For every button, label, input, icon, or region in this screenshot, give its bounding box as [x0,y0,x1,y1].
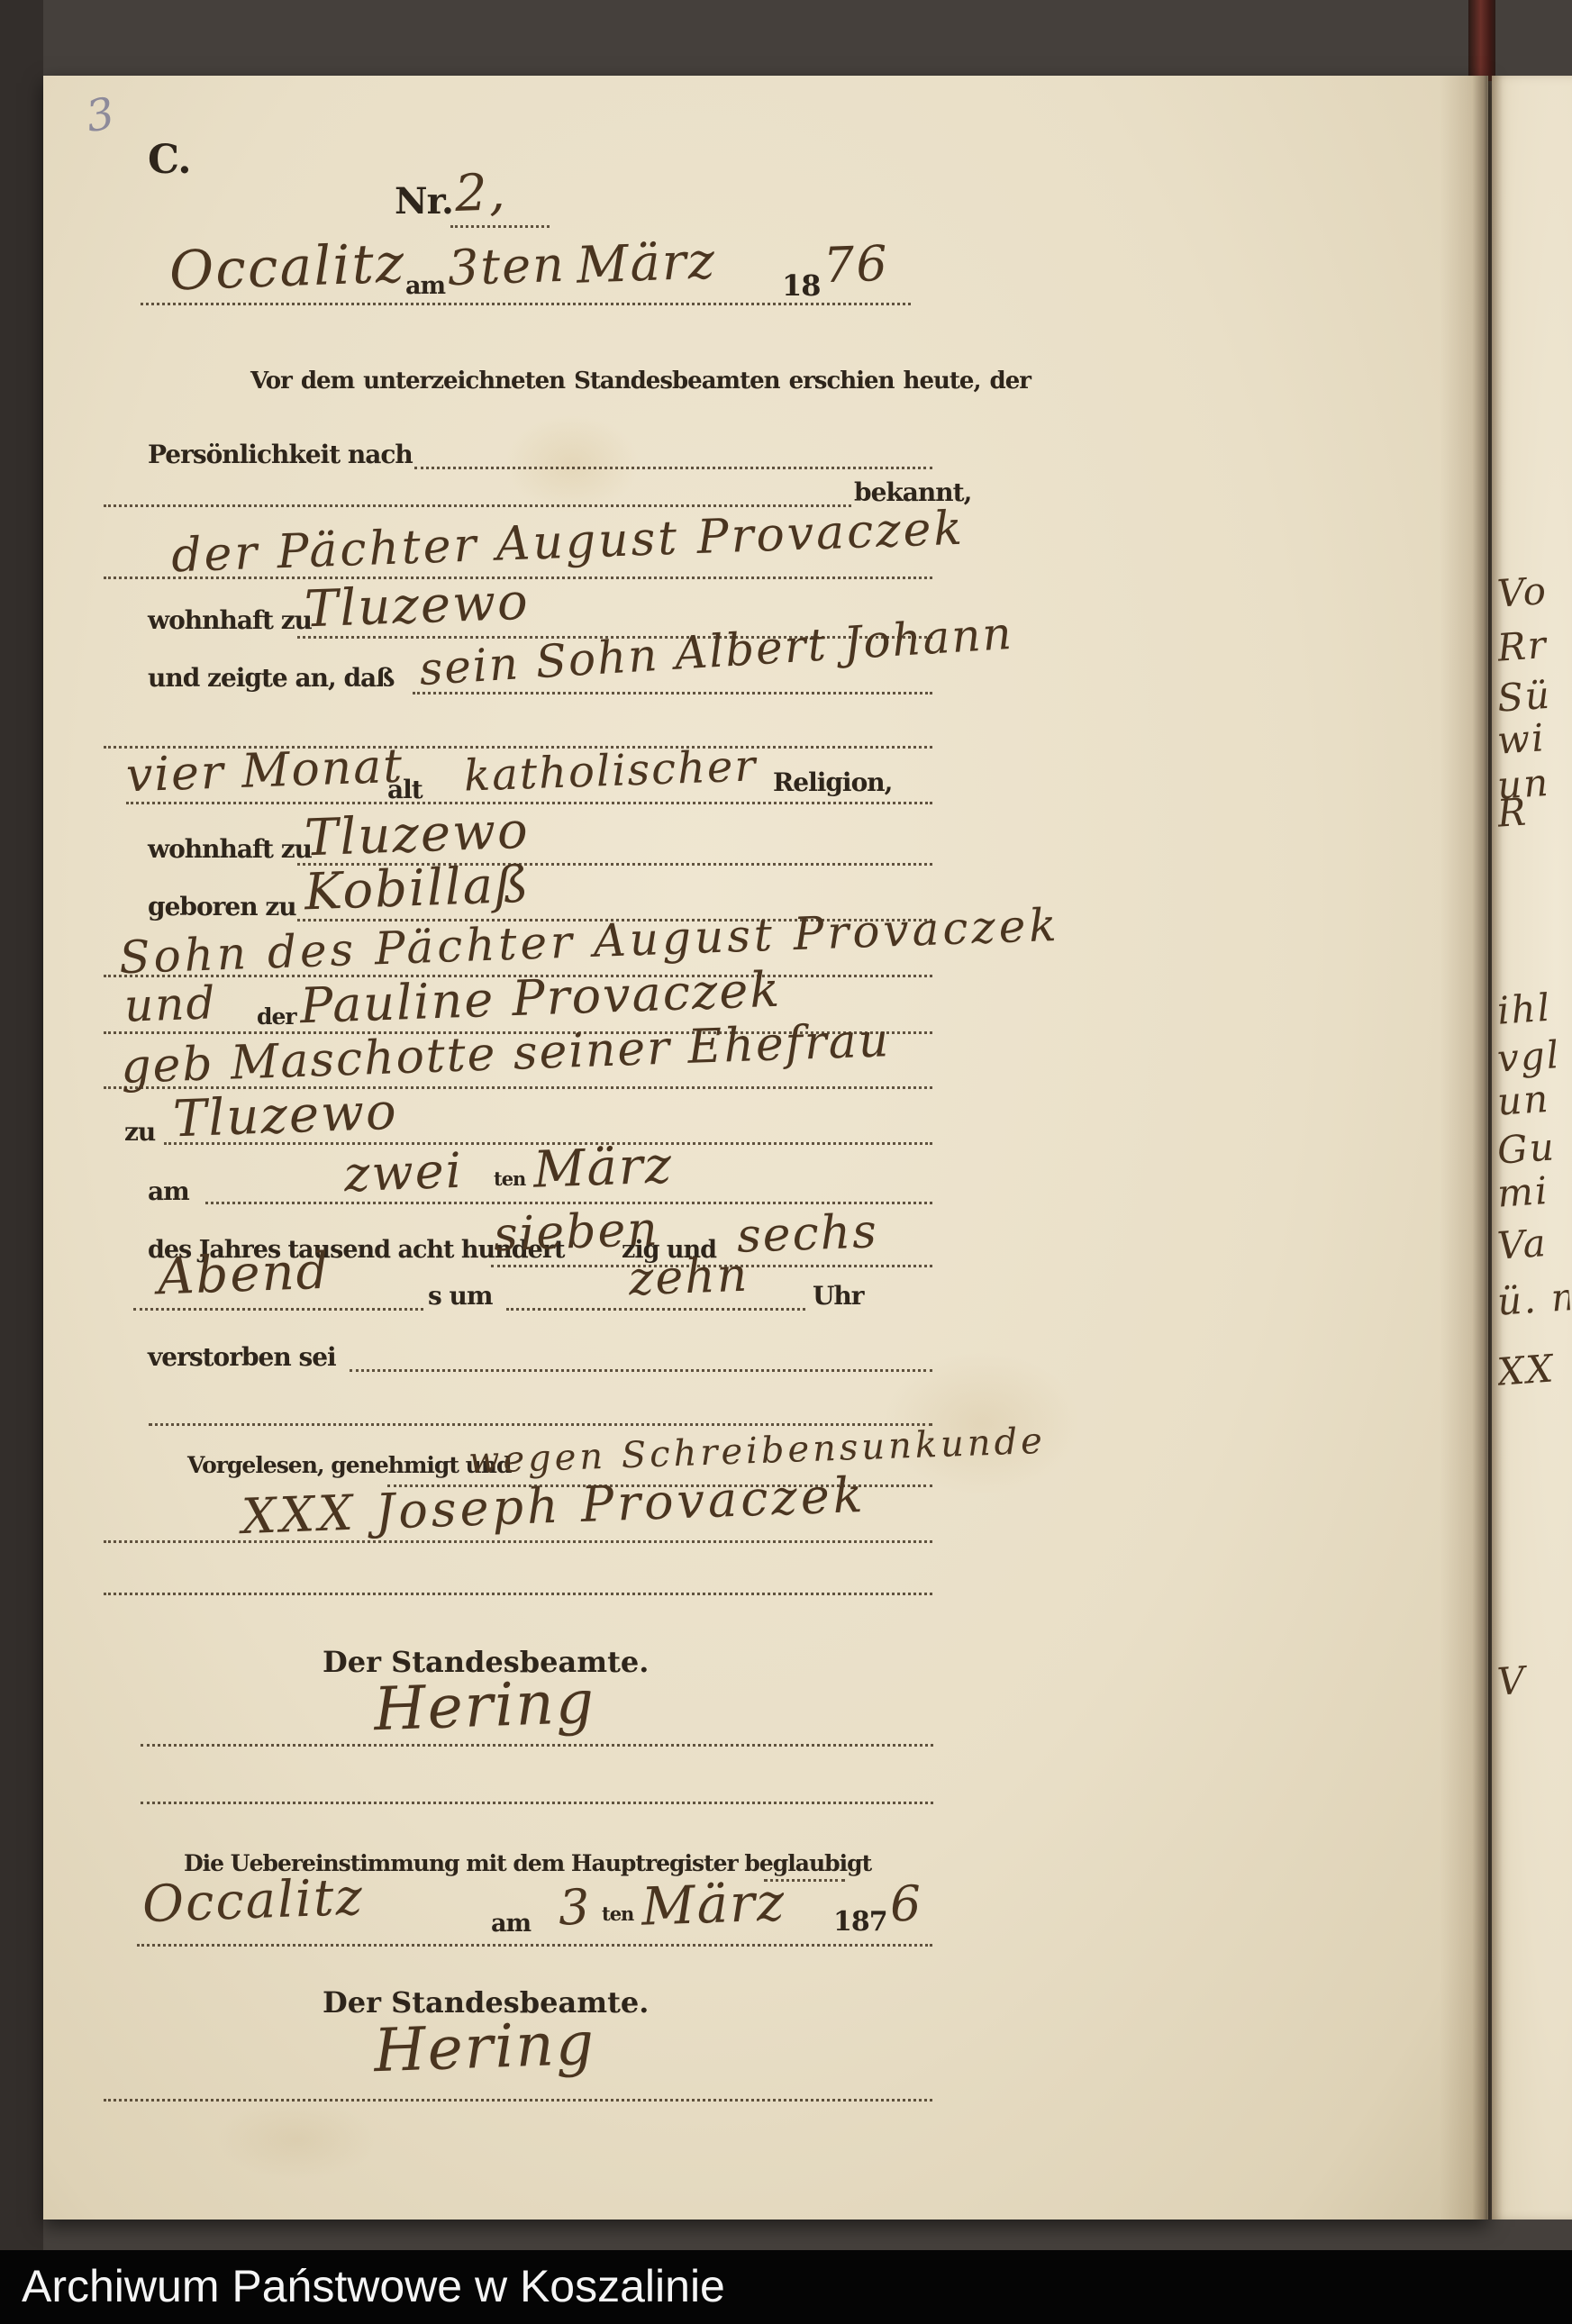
right-page-fragment: V [1495,1655,1570,1703]
handwritten-residence: Tluzewo [172,1083,399,1149]
form-label-uhr: Uhr [813,1281,864,1311]
right-page-fragment: Sü [1495,671,1570,720]
handwritten-religion: katholischer [463,740,758,801]
record-number-value: 2, [454,163,508,223]
dotted-line [104,504,851,507]
right-page-fragment: Va [1495,1219,1570,1267]
dotted-line [133,1308,423,1311]
dotted-line [413,692,932,694]
handwritten-year-ones: sechs [736,1204,879,1263]
handwritten-cert-year: 6 [889,1875,924,1932]
handwritten-death-day: zwei [343,1142,464,1203]
dotted-line [205,1202,932,1204]
form-label-am: am [405,272,445,300]
form-label-am: am [491,1910,531,1938]
form-label-religion: Religion, [773,767,892,797]
handwritten-cert-day: 3 [558,1878,593,1936]
dotted-line [141,1744,933,1747]
handwritten-cert-place: Occalitz [141,1868,365,1935]
handwritten-day: 3ten [447,236,567,297]
right-page-fragment: XX [1495,1345,1570,1393]
form-label-verstorben-sei: verstorben sei [148,1342,336,1372]
form-label-s-um: s um [428,1281,493,1311]
right-page-fragment: Vo [1495,567,1570,615]
handwritten-time-of-day: Abend [157,1242,331,1307]
printed-year-prefix: 18 [782,268,821,303]
form-label-ten: ten [602,1902,633,1925]
form-label-persoenlichkeit: Persönlichkeit nach [148,440,413,469]
right-page-fragment: R [1495,786,1570,835]
book-spine [1468,0,1495,81]
dotted-line [104,1540,932,1543]
dotted-line [141,1802,933,1804]
handwritten-residence: Tluzewo [304,573,531,640]
right-page-fragment: ü. n [1495,1275,1570,1323]
form-label-zeigte-an: und zeigte an, daß [148,663,394,693]
dotted-line [149,1423,932,1426]
handwritten-und: und [123,976,217,1032]
handwritten-month: März [576,231,717,295]
official-signature: Hering [373,1667,597,1745]
form-label-geboren-zu: geboren zu [148,892,296,921]
form-label-wohnhaft-zu: wohnhaft zu [148,605,312,635]
dotted-line [126,802,932,804]
dotted-line [350,1369,932,1372]
form-intro-line: Vor dem unterzeichneten Standesbeamten e… [250,368,1031,395]
form-label-alt: alt [387,775,423,804]
right-page-fragment: mi [1495,1167,1570,1215]
right-page-fragment: Rr [1495,621,1570,669]
background-left-strip [0,0,43,2324]
printed-cert-year-prefix: 187 [833,1906,887,1938]
right-page-fragment: un [1495,1075,1570,1123]
form-label-wohnhaft-zu: wohnhaft zu [148,834,312,864]
handwritten-birthplace: Kobillaß [304,856,532,922]
dotted-line [141,303,911,305]
dotted-line [104,1593,932,1595]
handwritten-age: vier Monat [125,740,404,803]
right-page-fragment: wi [1495,713,1570,762]
handwritten-cert-month: März [641,1871,787,1938]
right-page-fragment: vgl [1495,1031,1570,1080]
official-signature: Hering [373,2009,597,2086]
form-label-zu: zu [124,1117,155,1147]
form-label-am: am [148,1176,189,1206]
handwritten-year: 76 [822,235,890,294]
form-label-vorgelesen: Vorgelesen, genehmigt und [187,1452,511,1478]
archive-watermark-bar: Archiwum Państwowe w Koszalinie [0,2250,1572,2324]
record-number-label: Nr. [395,180,453,222]
form-label-der: der [257,1003,296,1030]
dotted-line [137,1944,932,1947]
right-page-fragment: Gu [1495,1123,1570,1172]
handwritten-death-month: März [532,1136,674,1199]
handwritten-hour: zehn [628,1248,750,1307]
dotted-line [104,2099,932,2102]
section-letter: C. [148,137,191,183]
dotted-line [450,225,550,228]
dotted-line [506,1308,805,1311]
dotted-line [414,467,932,469]
form-label-ten: ten [494,1167,525,1190]
archive-name: Archiwum Państwowe w Koszalinie [0,2250,1572,2322]
handwritten-place: Occalitz [168,231,407,303]
right-page-fragment: ihl [1495,984,1570,1032]
